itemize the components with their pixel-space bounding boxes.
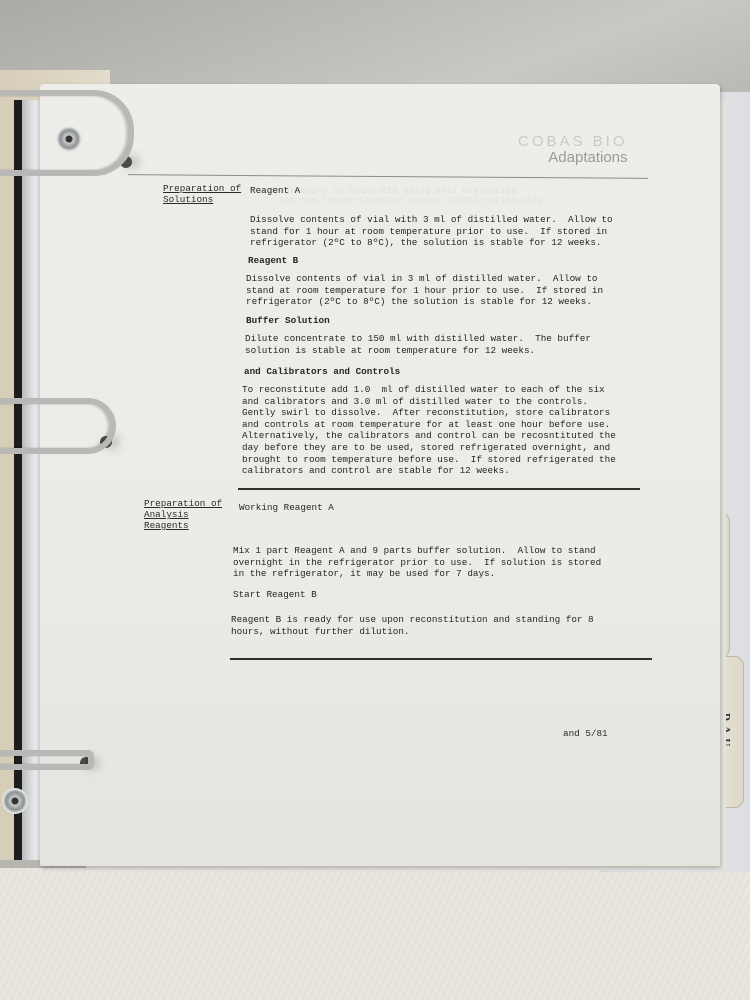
section-divider bbox=[238, 488, 640, 490]
heading-line: Solutions bbox=[163, 194, 213, 205]
subsection-title: and Calibrators and Controls bbox=[244, 366, 400, 378]
subsection-title: Start Reagent B bbox=[233, 589, 317, 601]
binder-ring[interactable] bbox=[0, 750, 94, 770]
subsection-body: Mix 1 part Reagent A and 9 parts buffer … bbox=[233, 545, 601, 580]
subsection-body: Dilute concentrate to 150 ml with distil… bbox=[245, 333, 591, 356]
section-heading-solutions: Preparation of Solutions bbox=[163, 183, 241, 205]
subsection-body: Dissolve contents of vial in 3 ml of dis… bbox=[246, 273, 603, 308]
subsection-body: To reconstitute add 1.0 ml of distilled … bbox=[242, 384, 616, 477]
heading-line: Reagents bbox=[144, 520, 189, 531]
header-subtitle: Adaptations bbox=[518, 150, 628, 166]
section-heading-analysis-reagents: Preparation of Analysis Reagents bbox=[144, 498, 222, 531]
binder-ring[interactable] bbox=[0, 398, 116, 454]
subsection-body: Dissolve contents of vial with 3 ml of d… bbox=[250, 214, 613, 249]
brand-name: COBAS BIO bbox=[518, 134, 628, 150]
section-divider bbox=[230, 658, 652, 660]
subsection-title: Buffer Solution bbox=[246, 315, 330, 327]
heading-line: Analysis bbox=[144, 509, 189, 520]
page-footer: and 5/81 bbox=[563, 728, 608, 740]
subsection-title: Working Reagent A bbox=[239, 502, 334, 514]
heading-line: Preparation of bbox=[144, 498, 222, 509]
subsection-title: Reagent A bbox=[250, 185, 300, 197]
table-surface bbox=[0, 868, 750, 1000]
bleed-through-text: programming on COBAS-BIO using data eval… bbox=[268, 186, 543, 206]
subsection-title: Reagent B bbox=[248, 255, 298, 267]
heading-line: Preparation of bbox=[163, 183, 241, 194]
header-logo: COBAS BIO Adaptations bbox=[518, 134, 628, 166]
subsection-body: Reagent B is ready for use upon reconsti… bbox=[231, 614, 594, 637]
rivet-icon bbox=[2, 788, 28, 814]
rivet-icon bbox=[56, 126, 82, 152]
